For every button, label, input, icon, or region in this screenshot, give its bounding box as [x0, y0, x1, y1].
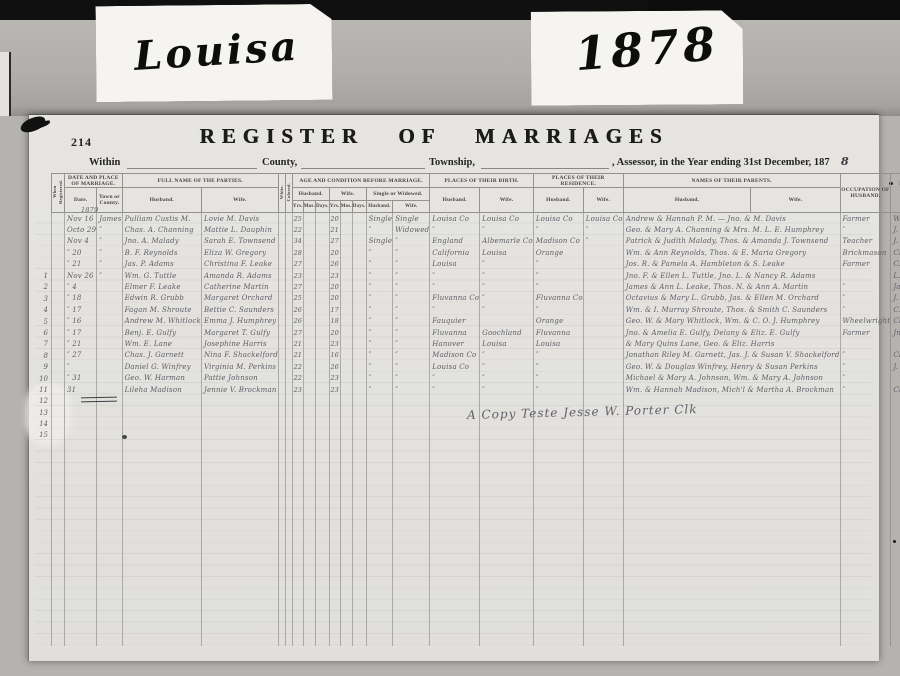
cell-empty	[122, 589, 201, 600]
cell-empty	[393, 429, 430, 440]
cell-w_yrs: 16	[329, 350, 340, 361]
cell-empty	[97, 612, 122, 623]
cell-empty	[52, 498, 65, 509]
empty-ledger-row	[52, 498, 900, 509]
cell-empty	[278, 464, 285, 475]
cell-empty	[623, 498, 840, 509]
cell-empty	[278, 327, 285, 338]
cell-empty	[285, 384, 292, 395]
cell-cond_h: ″	[366, 224, 393, 235]
cell-empty	[52, 464, 65, 475]
cell-empty	[352, 498, 366, 509]
cell-empty	[366, 441, 393, 452]
entry-row: 31Lileha MadisonJennie V. Brockman2323″″…	[52, 384, 900, 395]
cell-empty	[303, 543, 315, 554]
cell-birth_w: Louisa	[480, 338, 534, 349]
cell-empty	[840, 566, 891, 577]
cell-cond_w: ″	[393, 270, 430, 281]
cell-empty	[340, 623, 352, 634]
col-occupation: OCCUPATION OF HUSBAND.	[840, 174, 891, 213]
cell-empty	[366, 509, 393, 520]
cell-empty	[122, 509, 201, 520]
cell-date: ″	[65, 361, 97, 372]
cell-empty	[97, 498, 122, 509]
cell-empty	[122, 486, 201, 497]
cell-date: ″ 16	[65, 316, 97, 327]
cell-empty	[52, 623, 65, 634]
cell-empty	[285, 555, 292, 566]
cell-empty	[278, 509, 285, 520]
cell-empty	[480, 566, 534, 577]
cell-empty	[65, 429, 97, 440]
cell-res_w: ″	[583, 224, 623, 235]
cell-empty	[315, 224, 329, 235]
cell-empty	[52, 304, 65, 315]
cell-birth_h: England	[430, 236, 480, 247]
cell-empty	[583, 429, 623, 440]
cell-empty	[352, 407, 366, 418]
cell-empty	[303, 372, 315, 383]
cell-empty	[315, 407, 329, 418]
cell-birth_h: ″	[430, 372, 480, 383]
cell-empty	[393, 566, 430, 577]
cell-res_w: ″	[583, 236, 623, 247]
empty-ledger-row	[52, 429, 900, 440]
cell-empty	[278, 521, 285, 532]
cell-empty	[583, 600, 623, 611]
cell-empty	[303, 224, 315, 235]
cell-h_yrs: 25	[292, 293, 303, 304]
cell-empty	[623, 509, 840, 520]
cell-wife: Amanda R. Adams	[201, 270, 278, 281]
cell-occ: Farmer	[840, 327, 891, 338]
cell-h_yrs: 27	[292, 281, 303, 292]
cell-empty	[292, 407, 303, 418]
cell-empty	[201, 600, 278, 611]
cell-wife: Bettie C. Saunders	[201, 304, 278, 315]
cell-res_w	[583, 270, 623, 281]
cell-empty	[285, 372, 292, 383]
cell-empty	[315, 247, 329, 258]
cell-minister: J. T. Martin	[891, 361, 900, 372]
cell-cond_w: ″	[393, 304, 430, 315]
cell-empty	[583, 623, 623, 634]
cell-empty	[352, 509, 366, 520]
cell-empty	[393, 532, 430, 543]
cell-empty	[430, 509, 480, 520]
cell-empty	[329, 441, 340, 452]
cell-empty	[201, 475, 278, 486]
cell-empty	[340, 327, 352, 338]
cell-empty	[329, 429, 340, 440]
cell-empty	[65, 521, 97, 532]
cell-empty	[285, 350, 292, 361]
cell-husband: Daniel G. Winfrey	[122, 361, 201, 372]
cell-empty	[52, 247, 65, 258]
entry-row: ″ 31Geo. W. HarmanPattie Johnson2223″″″″…	[52, 372, 900, 383]
col-group-birth: PLACES OF THEIR BIRTH.	[430, 174, 534, 188]
cell-empty	[65, 498, 97, 509]
empty-ledger-row	[52, 486, 900, 497]
cell-empty	[278, 612, 285, 623]
col-res-wife: Wife.	[583, 188, 623, 213]
cell-empty	[840, 407, 891, 418]
entry-row: Nov 161879JamesPulliam Custis M.Lovie M.…	[52, 213, 900, 225]
cell-empty	[315, 578, 329, 589]
cell-empty	[533, 429, 583, 440]
cell-occ: ″	[840, 293, 891, 304]
cell-empty	[366, 589, 393, 600]
cell-empty	[583, 509, 623, 520]
cell-empty	[303, 304, 315, 315]
empty-ledger-row	[52, 464, 900, 475]
cell-empty	[315, 532, 329, 543]
cell-empty	[352, 464, 366, 475]
cell-empty	[52, 475, 65, 486]
cell-empty	[285, 327, 292, 338]
cell-empty	[285, 441, 292, 452]
cell-empty	[97, 429, 122, 440]
table-body: Nov 161879JamesPulliam Custis M.Lovie M.…	[52, 213, 900, 646]
cell-empty	[292, 623, 303, 634]
cell-town	[97, 327, 122, 338]
cell-birth_h: ″	[430, 270, 480, 281]
cell-empty	[285, 543, 292, 554]
cell-empty	[52, 327, 65, 338]
cell-empty	[891, 521, 900, 532]
cell-occ: ″	[840, 281, 891, 292]
cell-empty	[303, 464, 315, 475]
cell-cond_h: ″	[366, 327, 393, 338]
cell-husband: Elmer F. Leake	[122, 281, 201, 292]
cell-empty	[840, 429, 891, 440]
cell-date: 31	[65, 384, 97, 395]
cell-empty	[315, 213, 329, 225]
cell-empty	[285, 293, 292, 304]
cell-cond_w: ″	[393, 293, 430, 304]
cell-empty	[292, 464, 303, 475]
col-group-parents: NAMES OF THEIR PARENTS.	[623, 174, 840, 188]
handwritten-year-digit: 8	[841, 155, 849, 168]
cell-empty	[366, 521, 393, 532]
cell-empty	[315, 612, 329, 623]
entry-row: Nov 26″Wm. G. TuttleAmanda R. Adams2323″…	[52, 270, 900, 281]
cell-empty	[52, 293, 65, 304]
cell-empty	[97, 418, 122, 429]
cell-h_yrs: 22	[292, 224, 303, 235]
cell-empty	[352, 532, 366, 543]
cell-empty	[352, 441, 366, 452]
cell-empty	[285, 429, 292, 440]
cell-empty	[352, 543, 366, 554]
cell-empty	[583, 452, 623, 463]
cell-empty	[315, 521, 329, 532]
cell-empty	[480, 498, 534, 509]
cell-empty	[891, 464, 900, 475]
cell-empty	[285, 634, 292, 645]
cell-empty	[97, 543, 122, 554]
cell-empty	[52, 270, 65, 281]
cell-empty	[52, 372, 65, 383]
cell-cond_h: ″	[366, 338, 393, 349]
cell-empty	[623, 452, 840, 463]
header-fill-in-line: Within County, Township, , Assessor, in …	[29, 157, 879, 173]
cell-empty	[340, 281, 352, 292]
col-group-date-place: DATE AND PLACE OF MARRIAGE.	[65, 174, 123, 188]
col-husband-name: Husband.	[122, 188, 201, 213]
cell-empty	[315, 338, 329, 349]
cell-empty	[533, 634, 583, 645]
entry-number: 14	[31, 419, 48, 430]
entry-number: 6	[31, 328, 48, 339]
cell-empty	[65, 589, 97, 600]
cell-empty	[65, 486, 97, 497]
cell-parents: Jno. & Amelia E. Gulfy, Delany & Eliz. E…	[623, 327, 840, 338]
cell-empty	[623, 612, 840, 623]
cell-empty	[583, 521, 623, 532]
cell-res_h: Louisa Co	[533, 213, 583, 225]
cell-empty	[430, 566, 480, 577]
cell-empty	[430, 441, 480, 452]
cell-occ: Teacher	[840, 236, 891, 247]
col-colored: Colored.	[285, 174, 292, 213]
cell-empty	[366, 395, 393, 406]
cell-empty	[278, 224, 285, 235]
cell-empty	[278, 384, 285, 395]
cell-minister: J. W. French	[891, 293, 900, 304]
cell-empty	[65, 623, 97, 634]
cell-empty	[315, 395, 329, 406]
cell-empty	[533, 589, 583, 600]
cell-parents: Wm. & Ann Reynolds, Thos. & E. Maria Gre…	[623, 247, 840, 258]
cell-wife: Virginia M. Perkins	[201, 361, 278, 372]
cell-cond_h: ″	[366, 350, 393, 361]
cell-empty	[52, 316, 65, 327]
cell-empty	[430, 612, 480, 623]
cell-empty	[393, 407, 430, 418]
cell-empty	[480, 429, 534, 440]
cell-wife: Margaret Orchard	[201, 293, 278, 304]
cell-empty	[393, 418, 430, 429]
cell-empty	[292, 543, 303, 554]
col-minister: NAME OF PERSON PERFORMING MARRIAGE CEREM…	[891, 174, 900, 213]
cell-empty	[292, 589, 303, 600]
col-w-yrs: Yrs.	[329, 201, 340, 213]
cell-empty	[480, 475, 534, 486]
cell-empty	[315, 270, 329, 281]
entry-number: 1	[31, 271, 48, 282]
cell-empty	[340, 407, 352, 418]
cell-empty	[623, 429, 840, 440]
cell-occ: Wheelwright	[840, 316, 891, 327]
empty-ledger-row	[52, 623, 900, 634]
cell-parents: Geo. W. & Douglas Winfrey, Henry & Susan…	[623, 361, 840, 372]
cell-empty	[340, 247, 352, 258]
cell-empty	[352, 623, 366, 634]
cell-empty	[329, 407, 340, 418]
cell-empty	[340, 452, 352, 463]
cell-empty	[315, 623, 329, 634]
cell-empty	[340, 259, 352, 270]
cell-empty	[891, 555, 900, 566]
cell-empty	[97, 407, 122, 418]
cell-minister: C. H. Robinson	[891, 304, 900, 315]
cell-empty	[393, 452, 430, 463]
cell-empty	[840, 498, 891, 509]
cell-empty	[340, 418, 352, 429]
cell-empty	[340, 589, 352, 600]
cell-empty	[285, 566, 292, 577]
empty-ledger-row	[52, 555, 900, 566]
cell-w_yrs: 17	[329, 304, 340, 315]
cell-empty	[840, 452, 891, 463]
cell-empty	[583, 532, 623, 543]
cell-birth_w: Albemarle Co	[480, 236, 534, 247]
cell-cond_h: Single	[366, 213, 393, 225]
closing-double-rule	[81, 397, 117, 403]
cell-empty	[840, 543, 891, 554]
cell-husband: Jno. A. Malady	[122, 236, 201, 247]
cell-res_h: ″	[533, 259, 583, 270]
col-single-widowed: Single or Widowed.	[366, 188, 430, 201]
cell-occ: Farmer	[840, 259, 891, 270]
cell-birth_h: Fauquier	[430, 316, 480, 327]
cell-empty	[52, 407, 65, 418]
cell-empty	[352, 316, 366, 327]
cell-empty	[315, 293, 329, 304]
cell-empty	[533, 464, 583, 475]
cell-birth_h: ″	[430, 224, 480, 235]
cell-empty	[303, 316, 315, 327]
cell-empty	[201, 589, 278, 600]
cell-empty	[285, 418, 292, 429]
cell-res_h: ″	[533, 224, 583, 235]
cell-empty	[278, 589, 285, 600]
cell-cond_w: ″	[393, 247, 430, 258]
ink-dot	[122, 435, 127, 439]
cell-h_yrs: 21	[292, 350, 303, 361]
cell-res_w	[583, 384, 623, 395]
cell-empty	[430, 521, 480, 532]
cell-empty	[65, 441, 97, 452]
empty-ledger-row	[52, 441, 900, 452]
cell-empty	[303, 509, 315, 520]
cell-empty	[533, 486, 583, 497]
cell-empty	[393, 578, 430, 589]
cell-empty	[583, 589, 623, 600]
cell-empty	[329, 486, 340, 497]
cell-empty	[533, 452, 583, 463]
cell-wife: Margaret T. Gulfy	[201, 327, 278, 338]
cell-empty	[292, 555, 303, 566]
cell-empty	[352, 418, 366, 429]
cell-empty	[278, 555, 285, 566]
cell-res_h: Madison Co	[533, 236, 583, 247]
cell-birth_w: ″	[480, 350, 534, 361]
cell-empty	[97, 578, 122, 589]
cell-empty	[97, 555, 122, 566]
col-wife-name: Wife.	[201, 188, 278, 213]
cell-empty	[352, 384, 366, 395]
cell-empty	[430, 395, 480, 406]
cell-empty	[315, 236, 329, 247]
cell-empty	[583, 578, 623, 589]
cell-husband: Benj. E. Gulfy	[122, 327, 201, 338]
empty-ledger-row	[52, 452, 900, 463]
cell-cond_w: ″	[393, 384, 430, 395]
cell-empty	[52, 532, 65, 543]
cell-empty	[533, 555, 583, 566]
cell-empty	[278, 634, 285, 645]
cell-empty	[292, 429, 303, 440]
cell-empty	[201, 612, 278, 623]
cell-empty	[340, 350, 352, 361]
cell-empty	[52, 395, 65, 406]
cell-empty	[840, 555, 891, 566]
cell-empty	[303, 361, 315, 372]
cell-parents: Wm. & Hannah Madison, Mich'l & Martha A.…	[623, 384, 840, 395]
cell-w_yrs: 27	[329, 236, 340, 247]
cell-empty	[840, 441, 891, 452]
col-age-wife: Wife.	[329, 188, 366, 201]
cell-parents: & Mary Quins Lane, Geo. & Eliz. Harris	[623, 338, 840, 349]
cell-empty	[278, 486, 285, 497]
cell-empty	[340, 634, 352, 645]
cell-cond_h: ″	[366, 384, 393, 395]
cell-h_yrs: 34	[292, 236, 303, 247]
cell-empty	[352, 270, 366, 281]
cell-husband: Jas. P. Adams	[122, 259, 201, 270]
cell-town	[97, 281, 122, 292]
cell-occ: ″	[840, 384, 891, 395]
cell-empty	[352, 350, 366, 361]
year-label-text: 1878	[573, 14, 745, 81]
cell-empty	[352, 634, 366, 645]
cell-empty	[292, 452, 303, 463]
cell-empty	[366, 578, 393, 589]
register-page: 214 REGISTER OF MARRIAGES Within County,…	[28, 114, 879, 661]
cell-empty	[303, 555, 315, 566]
cell-res_h: ″	[533, 361, 583, 372]
cell-wife: Nina F. Shackelford	[201, 350, 278, 361]
cell-empty	[366, 475, 393, 486]
cell-wife: Pattie Johnson	[201, 372, 278, 383]
cell-empty	[366, 634, 393, 645]
cell-empty	[623, 475, 840, 486]
county-label-text: Louisa	[133, 21, 334, 80]
cell-cond_h: ″	[366, 247, 393, 258]
cell-empty	[52, 418, 65, 429]
cell-empty	[329, 464, 340, 475]
cell-res_w	[583, 316, 623, 327]
entry-number: 9	[31, 362, 48, 373]
cell-minister: Chas. Quarles	[891, 384, 900, 395]
col-group-residence: PLACES OF THEIR RESIDENCE.	[533, 174, 623, 188]
cell-empty	[122, 475, 201, 486]
cell-town: ″	[97, 247, 122, 258]
cell-empty	[352, 521, 366, 532]
cell-empty	[285, 270, 292, 281]
empty-ledger-row	[52, 578, 900, 589]
cell-empty	[623, 418, 840, 429]
cell-empty	[303, 475, 315, 486]
cell-empty	[201, 429, 278, 440]
cell-empty	[278, 247, 285, 258]
cell-parents: Octavius & Mary L. Grubb, Jas. & Ellen M…	[623, 293, 840, 304]
col-town: Town or County.	[97, 188, 122, 213]
cell-birth_h: Madison Co	[430, 350, 480, 361]
cell-parents: Andrew & Hannah P. M. — Jno. & M. Davis	[623, 213, 840, 225]
